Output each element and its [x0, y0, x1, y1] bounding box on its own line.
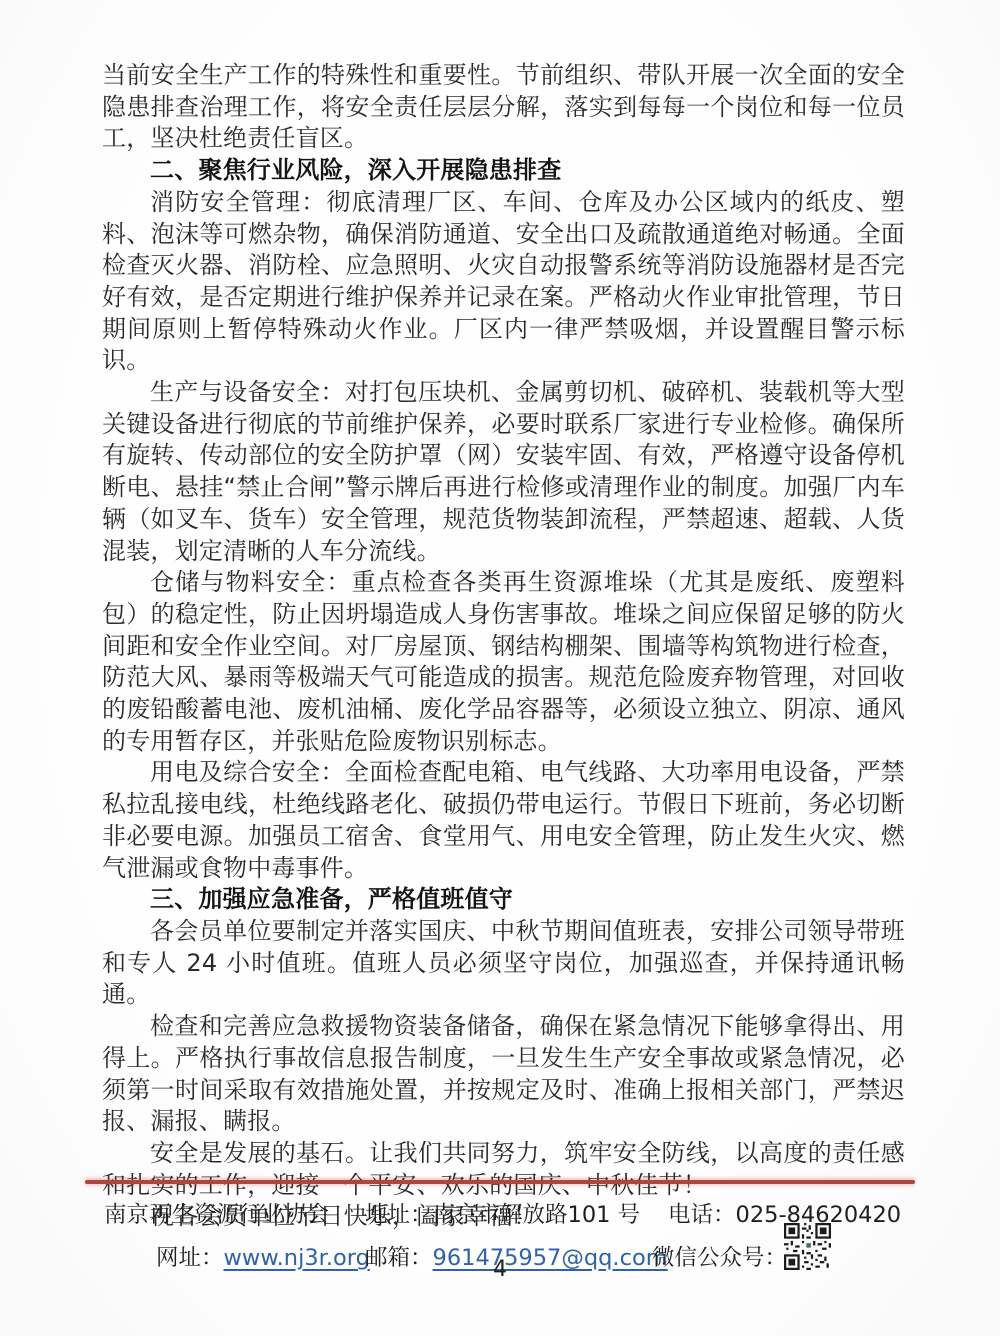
paragraph-duty-roster: 各会员单位要制定并落实国庆、中秋节期间值班表，安排公司领导带班和专人 24 小时…: [102, 916, 905, 1011]
footer-address: 地址：南京市解放路101 号: [365, 1197, 640, 1229]
document-body: 当前安全生产工作的特殊性和重要性。节前组织、带队开展一次全面的安全隐患排查治理工…: [102, 60, 905, 1233]
paragraph-electrical-safety: 用电及综合安全：全面检查配电箱、电气线路、大功率用电设备，严禁私拉乱接电线，杜绝…: [102, 757, 905, 884]
paragraph-fire-safety: 消防安全管理：彻底清理厂区、车间、仓库及办公区域内的纸皮、塑料、泡沫等可燃杂物，…: [102, 187, 905, 377]
page-number: 4: [0, 1257, 1000, 1282]
paragraph-equipment-safety: 生产与设备安全：对打包压块机、金属剪切机、破碎机、装载机等大型关键设备进行彻底的…: [102, 377, 905, 567]
paragraph-continuation: 当前安全生产工作的特殊性和重要性。节前组织、带队开展一次全面的安全隐患排查治理工…: [102, 60, 905, 155]
section-heading-2: 二、聚焦行业风险，深入开展隐患排查: [102, 155, 905, 187]
paragraph-storage-safety: 仓储与物料安全：重点检查各类再生资源堆垛（尤其是废纸、废塑料包）的稳定性，防止因…: [102, 567, 905, 757]
document-page: 当前安全生产工作的特殊性和重要性。节前组织、带队开展一次全面的安全隐患排查治理工…: [0, 0, 1000, 1336]
section-heading-3: 三、加强应急准备，严格值班值守: [102, 884, 905, 916]
paragraph-closing: 安全是发展的基石。让我们共同努力，筑牢安全防线，以高度的责任感和扎实的工作，迎接…: [102, 1138, 905, 1201]
footer-org-name: 南京再生资源行业协会: [104, 1197, 329, 1229]
red-divider-line: [85, 1180, 915, 1184]
paragraph-emergency-response: 检查和完善应急救援物资装备储备，确保在紧急情况下能够拿得出、用得上。严格执行事故…: [102, 1011, 905, 1138]
